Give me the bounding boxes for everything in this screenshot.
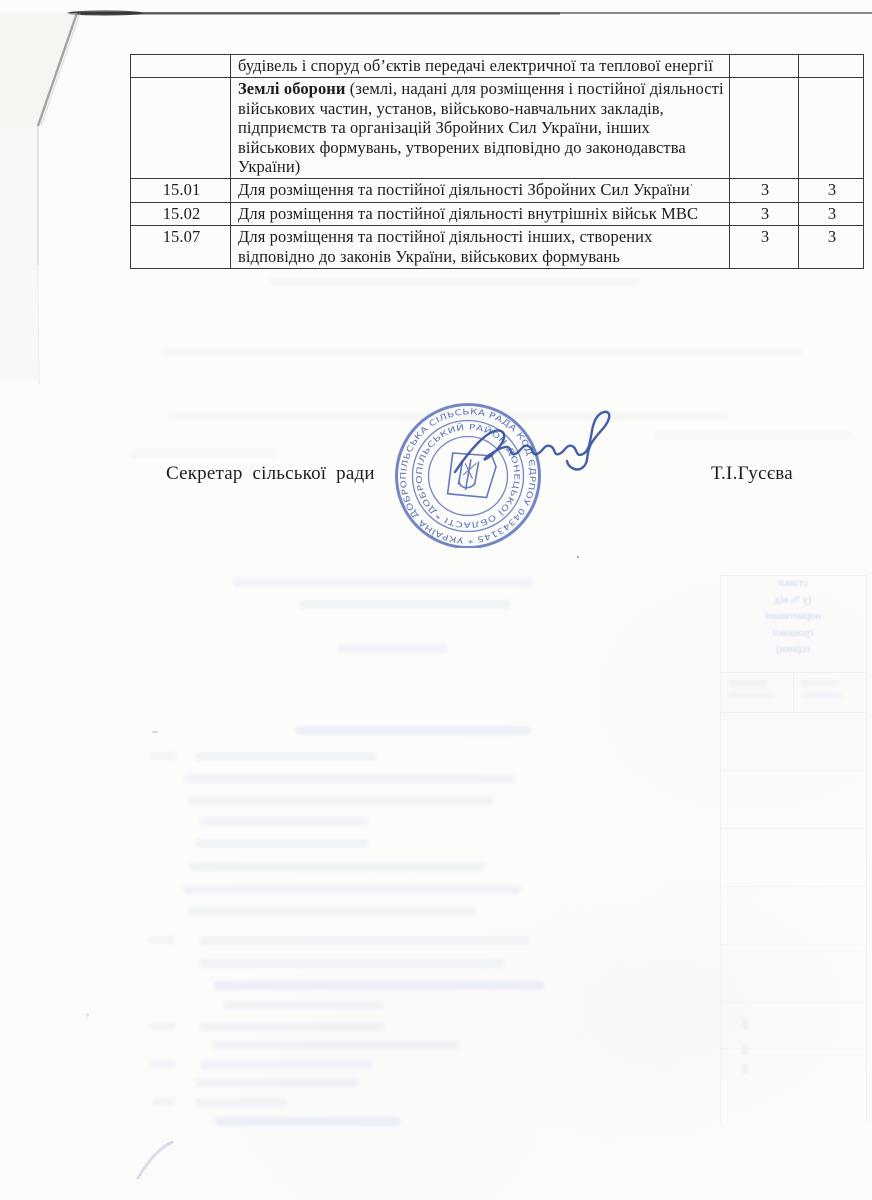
dust-speck (86, 1013, 89, 1017)
signature-stroke (455, 412, 609, 472)
table-row: 15.02 Для розміщення та постійної діяльн… (131, 202, 864, 225)
land-tax-table: будівель і споруд об’єктів передачі елек… (130, 54, 864, 269)
bleed-line (728, 680, 768, 687)
bleed-line (196, 1098, 288, 1107)
bleed-line (270, 277, 640, 286)
table-row: 15.07 Для розміщення та постійної діяльн… (131, 226, 864, 269)
bleed-table-line (720, 886, 866, 887)
code-cell: 15.02 (131, 202, 231, 225)
bleed-table-line (720, 944, 866, 945)
bleed-table-line (720, 1002, 866, 1003)
bleed-line (200, 817, 368, 826)
rate-cell: 3 (730, 179, 799, 202)
bleed-line (196, 1078, 358, 1087)
table-row: Землі оборони (землі, надані для розміще… (131, 78, 864, 179)
scan-edge-blob (67, 10, 143, 15)
rate-cell: 3 (799, 202, 864, 225)
bleed-line (200, 1022, 385, 1031)
bleed-table-line (793, 672, 794, 712)
bleed-line (215, 1117, 400, 1126)
rate-cell (730, 55, 799, 78)
bleed-line (802, 692, 842, 699)
footnote-marker: · (690, 181, 693, 192)
bleed-line (214, 1041, 459, 1050)
bleed-row-number (152, 1098, 174, 1106)
rate-cell (730, 78, 799, 179)
bleed-line (131, 449, 276, 458)
bleed-line (300, 600, 510, 609)
bleed-row-number (150, 1060, 176, 1068)
rate-cell (799, 78, 864, 179)
bleed-line (295, 726, 530, 735)
bleed-row-number (148, 936, 174, 944)
description-cell: Землі оборони (землі, надані для розміще… (231, 78, 730, 179)
table-row: будівель і споруд об’єктів передачі елек… (131, 55, 864, 78)
bleed-table-line (720, 828, 866, 829)
rate-cell: 3 (799, 226, 864, 269)
rate-cell: 3 (730, 202, 799, 225)
bleed-column-header-text: ставки (у % від нормативної грошової оці… (721, 576, 865, 659)
description-bold: Землі оборони (238, 79, 346, 98)
signatory-name: Т.І.Гусєва (711, 463, 793, 485)
description-cell: Для розміщення та постійної діяльності З… (231, 179, 730, 202)
description-cell: Для розміщення та постійної діяльності і… (231, 226, 730, 269)
bleed-table-line (720, 770, 866, 771)
description-cell: Для розміщення та постійної діяльності в… (231, 202, 730, 225)
bleed-line (214, 981, 544, 990)
dust-speck (577, 556, 579, 558)
bleed-digit (742, 1044, 748, 1054)
bleed-line (184, 774, 514, 783)
bleed-line (233, 578, 533, 587)
bleed-row-number (150, 752, 176, 760)
rate-cell: 3 (730, 226, 799, 269)
code-cell (131, 55, 231, 78)
bleed-digit (742, 1020, 748, 1030)
code-cell: 15.07 (131, 226, 231, 269)
signatory-title: Секретар сільської ради (166, 463, 375, 485)
bleed-line (199, 959, 504, 968)
dust-speck (152, 731, 158, 733)
bleed-digit (742, 1064, 748, 1074)
handwritten-signature (425, 402, 635, 492)
bleed-line (162, 347, 802, 356)
bleed-line (338, 644, 448, 653)
page-corner-fold-line (38, 13, 77, 126)
bleed-table-line (866, 575, 867, 1122)
bleed-line (655, 430, 850, 439)
page-edge-line (38, 265, 39, 385)
bleed-line (728, 692, 774, 699)
rate-cell (799, 55, 864, 78)
bleed-row-number (150, 1022, 176, 1030)
bleed-line (224, 1001, 384, 1010)
description-text: Для розміщення та постійної діяльності З… (238, 180, 690, 199)
scanned-document-page: ставки (у % від нормативної грошової оці… (0, 0, 872, 1200)
bleed-table-line (720, 672, 866, 673)
description-cell: будівель і споруд об’єктів передачі елек… (231, 55, 730, 78)
bleed-line (196, 839, 368, 848)
page-corner-fold-line (41, 13, 80, 126)
code-cell (131, 78, 231, 179)
bleed-line (188, 796, 493, 805)
bleed-line (200, 936, 530, 945)
bleed-line (196, 752, 376, 761)
rate-cell: 3 (799, 179, 864, 202)
ink-smudge (138, 1142, 172, 1178)
page-edge-shade (0, 126, 38, 380)
bleed-line (200, 1060, 372, 1069)
bleed-line (188, 907, 476, 916)
bleed-line (183, 885, 521, 894)
bleed-table-line (720, 712, 866, 713)
bleed-line (190, 862, 485, 871)
page-corner-shade (0, 13, 77, 126)
bleed-line (800, 680, 838, 687)
table-row: 15.01 Для розміщення та постійної діяльн… (131, 179, 864, 202)
code-cell: 15.01 (131, 179, 231, 202)
